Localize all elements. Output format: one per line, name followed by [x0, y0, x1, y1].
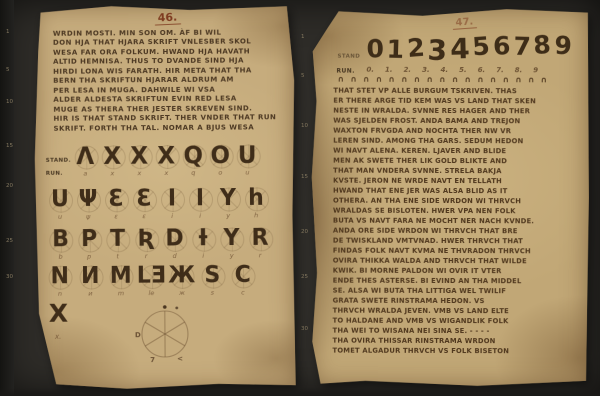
- alphabet-letter: Yy: [217, 226, 246, 264]
- run-letter: h: [242, 212, 270, 219]
- text-line: DE TWISKLAND VMTVNAD. HWER THRVCH THAT: [333, 236, 536, 247]
- stand-letter: Ɛ: [102, 187, 130, 212]
- alphabet-letter: Ɨi: [189, 227, 218, 265]
- stand-letter: Y: [214, 186, 242, 211]
- arc-glyph: ∩: [490, 76, 497, 84]
- run-letter: и: [75, 290, 106, 297]
- run-letter: b: [46, 254, 75, 261]
- text-line: OVIRA THIKKA WALDA AND THRVCH THAT WILDE: [333, 256, 536, 267]
- run-numeral: 0.: [366, 66, 374, 74]
- runskrift-label: RUN.: [336, 68, 354, 75]
- page-number: 46.: [154, 11, 180, 25]
- run-numeral: 4.: [441, 66, 449, 74]
- run-letter: i: [186, 213, 214, 220]
- arc-glyph: ∩: [515, 76, 522, 84]
- stand-letter: I: [186, 186, 214, 211]
- run-letter: m: [106, 290, 137, 297]
- stand-letter: B: [46, 227, 75, 252]
- numeral: 8: [533, 30, 553, 65]
- run-letter: y: [217, 252, 246, 259]
- numeral: 9: [554, 31, 572, 65]
- alphabet-letter: Ss: [197, 264, 228, 302]
- alphabet-letter: Ии: [75, 264, 106, 302]
- text-line: FINDAS FOLK NAVT KVMA NE THVRADON THRVCH: [333, 246, 536, 257]
- standskrift-label: STAND.: [46, 158, 71, 164]
- stand-letter: LƎ: [136, 263, 167, 288]
- stand-letter: Ɨ: [189, 226, 218, 251]
- line-number: 5: [6, 68, 10, 74]
- line-number: 5: [301, 74, 305, 80]
- numeral: 3: [427, 34, 447, 68]
- text-line: WAS SJELDEN FROST. ANDA BAMA AND TREJON: [333, 116, 536, 127]
- alphabet-row: ΛaXxXxXxQqOoUu: [72, 143, 261, 182]
- alphabet-letter: Ɛɛ: [102, 187, 130, 225]
- arc-glyph: ∩: [464, 76, 471, 84]
- line-number: 25: [6, 239, 13, 245]
- text-line: KVSTE. JERON NE WRDE NAVT EN TELLATH: [333, 176, 536, 187]
- arc-practice-row: ∩∩∩∩∩∩∩∩∩∩∩∩∩∩∩∩∩: [337, 76, 547, 85]
- text-line: ER THERE ARGE TID KEM WAS VS LAND THAT S…: [333, 96, 536, 107]
- stand-letter: R: [246, 226, 275, 251]
- arc-glyph: ∩: [337, 76, 344, 84]
- page-number: 47.: [452, 16, 476, 30]
- alphabet-letter: Ii: [186, 187, 214, 225]
- alphabet-letter: Ʀr: [132, 227, 161, 265]
- stand-letter: Λ: [72, 144, 99, 169]
- alphabet-letter: Ɛɛ: [130, 187, 158, 225]
- run-numeral: 5.: [459, 66, 467, 74]
- run-letter: a: [72, 170, 99, 177]
- line-number: 20: [301, 230, 308, 236]
- run-letter: le: [136, 290, 167, 297]
- alphabet-row: UuΨψƐɛƐɛIiIiYyhh: [46, 186, 270, 226]
- stand-letter: Ɛ: [130, 186, 158, 211]
- arc-glyph: ∩: [388, 76, 395, 84]
- arc-glyph: ∩: [540, 76, 547, 84]
- run-numeral: 3.: [422, 66, 430, 74]
- arc-glyph: ∩: [375, 76, 382, 84]
- runskrift-numerals: 0.1.2.3.4.5.6.7.8.9: [366, 66, 538, 75]
- run-letter: t: [103, 253, 132, 260]
- alphabet-letter: Ψψ: [74, 187, 102, 225]
- numeral: 0: [366, 34, 384, 68]
- numeral: 5: [471, 31, 491, 66]
- svg-text:<: <: [177, 355, 183, 363]
- stand-letter: X: [126, 143, 153, 168]
- run-letter: r: [132, 253, 161, 260]
- arc-glyph: ∩: [439, 76, 446, 84]
- numeral: 6: [493, 31, 511, 65]
- standskrift-numerals: 0123456789: [366, 30, 575, 68]
- numeral: 7: [513, 32, 531, 66]
- text-line: SE. ALSA WI BUTA THA LITTIGA WEL TWILIF: [333, 286, 536, 297]
- arc-glyph: ∩: [477, 76, 484, 84]
- run-letter: x: [153, 170, 180, 177]
- page-46-text-block: WRDIN MOSTI. MIN SON OM. ÀF BI WILDON HJ…: [53, 28, 277, 134]
- run-letter: ж: [167, 290, 198, 297]
- run-letter: d: [160, 253, 189, 260]
- line-number: 15: [6, 144, 13, 150]
- stand-letter: U: [46, 187, 74, 212]
- run-letter: p: [75, 253, 104, 260]
- stand-letter: h: [242, 186, 270, 211]
- stand-letter: Ж: [166, 263, 197, 288]
- run-letter: s: [197, 290, 228, 297]
- run-numeral: 2.: [403, 66, 411, 74]
- run-letter: i: [189, 253, 218, 260]
- line-number: 10: [6, 100, 13, 106]
- alphabet-letter: Λa: [72, 144, 99, 182]
- letter-x-stand: X: [49, 299, 68, 328]
- arc-glyph: ∩: [363, 76, 370, 84]
- text-line: ANDA ORE SIDE WRDON WI THRVCH THAT BRE: [333, 226, 536, 237]
- alphabet-letter: Ii: [158, 187, 186, 225]
- arc-glyph: ∩: [426, 76, 433, 84]
- svg-text:7: 7: [150, 356, 155, 364]
- text-line: TOMET ALGADUR THRVCH VS FOLK BISETON: [332, 346, 535, 357]
- alphabet-letter: Oo: [207, 144, 234, 182]
- text-line: TO HALDANE AND VMB VS WIGANDLIK FOLK: [333, 316, 536, 327]
- stand-letter: T: [103, 227, 132, 252]
- run-numeral: 9: [533, 66, 538, 74]
- stand-letter: X: [153, 143, 180, 168]
- stand-letter: Y: [217, 226, 246, 251]
- arc-glyph: ∩: [401, 76, 408, 84]
- runskrift-label: RUN.: [46, 171, 63, 177]
- line-number: 30: [301, 327, 308, 333]
- alphabet-letter: Rr: [246, 226, 275, 264]
- manuscript-page-46: 46. WRDIN MOSTI. MIN SON OM. ÀF BI WILDO…: [33, 3, 298, 391]
- arc-glyph: ∩: [350, 76, 357, 84]
- line-number: 1: [6, 30, 10, 36]
- text-line: GRATA SWETE RINSTRAMA HEDON. VS: [333, 296, 536, 307]
- run-letter: y: [214, 212, 242, 219]
- stand-letter: N: [44, 264, 75, 289]
- alphabet-letter: Tt: [103, 227, 132, 265]
- alphabet-letter: Dd: [160, 227, 189, 265]
- stand-letter: C: [227, 263, 258, 288]
- text-line: NESTE IN WRALDA. SVNNE RES HAGER AND THE…: [333, 106, 536, 117]
- text-line: KWIK. BI MORNE PALDON WI OVIR IT VTER: [333, 266, 536, 277]
- stand-letter: I: [158, 186, 186, 211]
- alphabet-letter: Жж: [166, 264, 197, 302]
- numeral: 2: [406, 33, 426, 68]
- line-number: 20: [6, 184, 13, 190]
- text-line: BUTA VS NAVT FARA NE MOCHT NER NACH KVND…: [333, 216, 536, 227]
- text-line: LEREN SIND. AMONG THA GARS. SEDUM HEDON: [333, 136, 536, 147]
- text-line: THA OVIRA THISSAR RINSTRAMA WRDON: [332, 336, 535, 347]
- alphabet-letter: hh: [242, 186, 270, 224]
- run-letter: i: [158, 213, 186, 220]
- run-letter: c: [228, 289, 259, 296]
- run-letter: x: [126, 170, 153, 177]
- numeral: 1: [386, 35, 404, 69]
- stand-letter: Ψ: [74, 187, 102, 212]
- run-letter: ɛ: [130, 213, 158, 220]
- run-letter: n: [45, 291, 76, 298]
- standskrift-label: STAND: [337, 54, 360, 60]
- run-letter: x: [99, 170, 126, 177]
- alphabet-letter: Qq: [180, 144, 207, 182]
- alphabet-letter: Mm: [105, 264, 136, 302]
- letter-x-run: x.: [55, 333, 61, 341]
- run-letter: u: [234, 169, 261, 176]
- alphabet-letter: Nn: [44, 265, 75, 303]
- page-46-paper: 46. WRDIN MOSTI. MIN SON OM. ÀF BI WILDO…: [33, 3, 298, 391]
- alphabet-letter: LƎle: [136, 264, 167, 302]
- stand-letter: И: [75, 264, 106, 289]
- arc-glyph: ∩: [452, 76, 459, 84]
- run-letter: ɛ: [102, 213, 130, 220]
- numeral: 4: [450, 32, 470, 66]
- text-line: OTHERA. AN THA ENE SIDE WRDON WI THRVCH: [333, 196, 536, 207]
- stand-letter: S: [197, 263, 228, 288]
- text-line: ENDE THES ASTERSE. BI EVIND AN THA MIDDE…: [333, 276, 536, 287]
- alphabet-row: NnИиMmLƎleЖжSsCc: [44, 263, 258, 302]
- alphabet-letter: Pp: [75, 227, 104, 265]
- jol-wheel-diagram: D 7 <: [133, 300, 197, 366]
- text-line: THAT MAN VNDERA SVNNE. STRELA BAKJA: [333, 166, 536, 177]
- alphabet-letter: Cc: [227, 263, 258, 301]
- run-letter: o: [207, 170, 234, 177]
- run-numeral: 6.: [478, 66, 486, 74]
- text-line: MEN AK SWETE THER LIK GOLD BLIKTE AND: [333, 156, 536, 167]
- text-line: WRALDAS SE BISLOTEN. HWER VPA NEN FOLK: [333, 206, 536, 217]
- line-number: 10: [301, 124, 308, 130]
- alphabet-letter: Uu: [234, 143, 261, 181]
- stand-letter: O: [207, 143, 234, 168]
- line-number: 30: [6, 275, 13, 281]
- text-line: THA WEI TO WISANA NEI SINA SE. - - - -: [333, 326, 536, 337]
- stand-letter: P: [75, 227, 104, 252]
- line-number: 1: [301, 35, 305, 41]
- manuscript-photo: 151015202530 151015202530 46. WRDIN MOST…: [0, 0, 600, 396]
- stand-letter: U: [234, 143, 261, 168]
- alphabet-letter: Uu: [46, 188, 74, 226]
- line-number: 15: [301, 175, 308, 181]
- text-line: THAT STET VP ALLE BURGUM TSKRIVEN. THAS: [333, 86, 536, 97]
- line-number: 25: [301, 275, 308, 281]
- stand-letter: D: [160, 226, 189, 251]
- text-line: SKRIFT. FORTH THA TAL. NOMAR A BJUS WESA: [53, 123, 276, 134]
- stand-letter: Ʀ: [132, 226, 161, 251]
- text-line: HWAND THAT ENE JER WAS ALSA BLID AS IT: [333, 186, 536, 197]
- stand-letter: Q: [180, 143, 207, 168]
- arc-glyph: ∩: [528, 76, 535, 84]
- run-letter: r: [246, 252, 275, 259]
- alphabet-letter: Bb: [46, 228, 75, 266]
- arc-glyph: ∩: [502, 76, 509, 84]
- stand-letter: M: [105, 264, 136, 289]
- alphabet-letter: Xx: [126, 144, 153, 182]
- text-line: WAXTON FRVGDA AND NOCHTA THER NW VR: [333, 126, 536, 137]
- run-numeral: 8.: [515, 66, 523, 74]
- alphabet-letter: Xx: [99, 144, 126, 182]
- text-line: WI NAVT ALENA. KEREN. LJAVER AND BLIDE: [333, 146, 536, 157]
- alphabet-letter: Yy: [214, 186, 242, 224]
- run-letter: q: [180, 170, 207, 177]
- text-line: THRVCH WRALDA JEVEN. VMB VS LAND ELTE: [333, 306, 536, 317]
- alphabet-letter: Xx: [153, 144, 180, 182]
- page-47-paper: 47. STAND 0123456789 RUN. 0.1.2.3.4.5.6.…: [309, 6, 590, 389]
- svg-text:D: D: [135, 331, 141, 339]
- run-letter: u: [46, 214, 74, 221]
- manuscript-page-47: 47. STAND 0123456789 RUN. 0.1.2.3.4.5.6.…: [309, 6, 590, 389]
- page-47-text-block: THAT STET VP ALLE BURGUM TSKRIVEN. THASE…: [332, 86, 536, 357]
- arc-glyph: ∩: [414, 76, 421, 84]
- run-letter: ψ: [74, 213, 102, 220]
- alphabet-row: BbPpTtƦrDdƗiYyRr: [46, 226, 274, 266]
- run-numeral: 7.: [496, 66, 504, 74]
- alphabet-table: ΛaXxXxXxQqOoUuUuΨψƐɛƐɛIiIiYyhhBbPpTtƦrDd…: [33, 3, 295, 5]
- run-numeral: 1.: [385, 66, 393, 74]
- stand-letter: X: [99, 144, 126, 169]
